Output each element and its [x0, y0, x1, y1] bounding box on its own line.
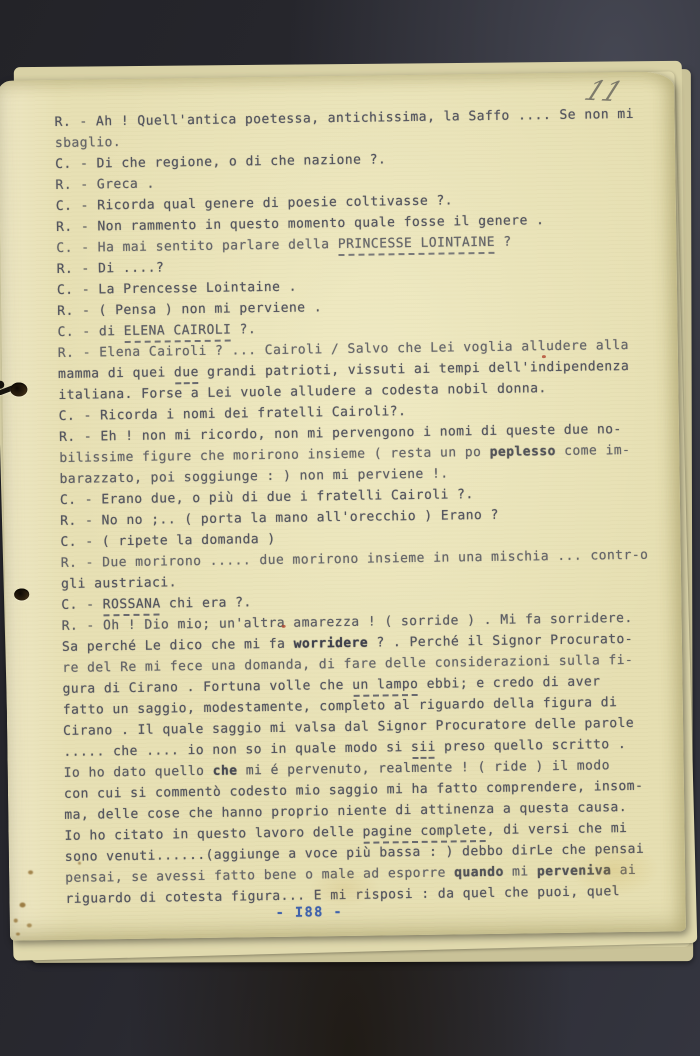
foxing-stain — [78, 862, 81, 865]
text-segment: pensai, se avessi fatto bene o male ad e… — [65, 865, 454, 885]
text-segment: ? — [495, 235, 512, 250]
text-segment: C. - di — [57, 324, 123, 340]
text-segment: preso quello scritto . — [436, 737, 627, 755]
text-segment: R. - ( Pensa ) non mi perviene . — [57, 300, 322, 319]
underlined-text: due — [174, 365, 199, 380]
binding-hole-top — [10, 382, 27, 396]
text-segment: mi — [504, 864, 537, 879]
text-segment: mamma di quei — [58, 365, 174, 382]
text-segment: worridere — [294, 636, 369, 652]
text-segment: ?. — [231, 322, 256, 337]
text-segment: Io ho dato quello — [64, 764, 213, 781]
text-segment: C. - Erano due, o più di due i fratelli … — [60, 487, 474, 508]
foxing-stain — [28, 870, 33, 874]
red-pencil-mark — [282, 625, 286, 628]
underlined-text: ROSSANA — [103, 597, 161, 613]
text-segment: ebbi; e credo di aver — [418, 674, 600, 692]
photo-background: 11 R. - Ah ! Quell'antica poetessa, anti… — [0, 0, 700, 1056]
text-segment: ? . Perché il Signor Procurato- — [368, 632, 633, 651]
underlined-text: PRINCESSE LOINTAINE — [338, 235, 495, 252]
text-segment: barazzato, poi soggiunge : ) non mi perv… — [59, 467, 448, 487]
text-segment: peplesso — [490, 444, 556, 460]
binding-hole-bottom — [14, 588, 29, 600]
text-segment: gli austriaci. — [61, 575, 177, 592]
foxing-stain — [20, 902, 26, 907]
typed-text-block: R. - Ah ! Quell'antica poetessa, antichi… — [54, 104, 667, 910]
text-segment: ..... che .... io non so in quale modo s… — [63, 740, 411, 760]
text-segment: C. - — [61, 597, 103, 613]
text-segment: come im- — [556, 443, 631, 459]
underlined-text: un lampo — [352, 677, 418, 693]
text-segment: italiana. Forse a Lei vuole alludere a c… — [58, 381, 546, 403]
text-segment: quando — [454, 865, 504, 881]
text-segment: che — [213, 763, 238, 778]
text-segment: grandi patrioti, vissuti ai tempi dell'i… — [199, 359, 630, 380]
underlined-text: sii — [411, 740, 436, 755]
text-segment: R. - No no ;.. ( porta la mano all'orecc… — [60, 508, 499, 529]
document-page: 11 R. - Ah ! Quell'antica poetessa, anti… — [0, 71, 686, 940]
text-segment: R. - Greca . — [55, 177, 155, 193]
text-segment: chi era ?. — [161, 595, 252, 611]
text-segment: C. - Ha mai sentito parlare della — [56, 237, 338, 256]
foxing-stain — [16, 933, 20, 936]
text-segment: C. - Ricorda i nomi dei fratelli Cairoli… — [59, 404, 407, 424]
underlined-text: pagine complete — [362, 823, 486, 840]
text-segment: gura di Cirano . Fortuna volle che — [62, 678, 352, 697]
foxing-stain — [27, 923, 32, 927]
red-pencil-mark — [542, 355, 546, 358]
text-segment: C. - Ricorda qual genere di poesie colti… — [56, 193, 453, 214]
text-segment: , di versi che mi — [487, 821, 628, 838]
text-segment: C. - ( ripete la domanda ) — [60, 532, 275, 550]
text-segment: sbaglio. — [55, 135, 121, 151]
text-segment: Io ho citato in questo lavoro delle — [64, 825, 362, 844]
text-segment: bilissime figure che morirono insieme ( … — [59, 445, 490, 466]
text-segment: C. - La Prencesse Lointaine . — [57, 280, 297, 298]
text-segment: R. - Di ....? — [57, 260, 165, 277]
text-segment: mi é pervenuto, realmente ! ( ride ) il … — [237, 758, 610, 778]
text-segment: Sa perché Le dico che mi fa — [62, 637, 294, 655]
foxing-stain — [14, 919, 18, 923]
underlined-text: ELENA CAIROLI — [124, 323, 232, 340]
text-segment: C. - Di che regione, o di che nazione ?. — [55, 152, 386, 172]
